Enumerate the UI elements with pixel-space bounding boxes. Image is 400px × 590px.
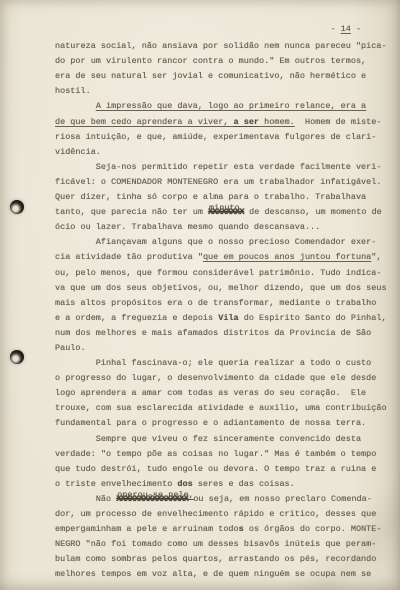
hole-punch <box>10 350 24 364</box>
text-segment: NEGRO "não foi tomado como um desses bis… <box>55 539 376 549</box>
text-line: Quer dizer, tinha só corpo e alma para o… <box>0 190 387 205</box>
text-segment: e a ordem, a freguezia e depois <box>55 313 218 323</box>
text-segment: os órgãos do corpo. MONTE- <box>244 524 382 534</box>
text-segment: dor, um processo de envelhecimento rápid… <box>55 509 376 519</box>
text-segment: ou, pelo menos, que formou considerável … <box>55 268 381 278</box>
text-line: fundamental para o progresso e o adianta… <box>0 416 387 431</box>
text-line: cia atividade tão produtiva "que em pouc… <box>0 250 387 265</box>
text-segment: Quer dizer, tinha só corpo e alma para o… <box>55 192 366 202</box>
text-segment: - <box>55 24 341 34</box>
text-segment: seres e das coisas. <box>193 479 295 489</box>
text-segment: Pinhal fascinava-o; ele queria realizar … <box>55 358 371 368</box>
text-segment: ", <box>371 252 381 262</box>
text-line: mais altos propósitos era o de transform… <box>0 296 387 311</box>
text-line: ficável: o COMENDADOR MONTENEGRO era um … <box>0 175 387 190</box>
text-line: Pinhal fascinava-o; ele queria realizar … <box>0 356 387 371</box>
text-line: logo aprendera a amar com todas as veras… <box>0 386 387 401</box>
text-segment: o triste envelhecimento <box>55 479 177 489</box>
text-segment: Não <box>55 494 116 504</box>
text-line: verdade: "o tempo põe as coisas no lugar… <box>0 447 387 462</box>
hole-punch <box>10 200 24 214</box>
text-line: A impressão que dava, logo ao primeiro r… <box>0 99 387 114</box>
text-segment: fundamental para o progresso e o adianta… <box>55 418 366 428</box>
correction-inserted-word: minuto <box>209 204 240 212</box>
text-line: Sempre que viveu o fez sinceramente conv… <box>0 432 387 447</box>
text-segment: Sempre que viveu o fez sinceramente conv… <box>55 434 361 444</box>
text-line: melhores tempos em voz alta, e de quem n… <box>0 567 387 582</box>
text-line: num dos melhores e mais afamados distrit… <box>0 326 387 341</box>
typed-correction: minutoXXXXXXXX <box>208 205 244 220</box>
text-line: tanto, que parecia não ter um minutoXXXX… <box>0 205 387 220</box>
text-line: o progresso do lugar, o desenvolvimento … <box>0 371 387 386</box>
page-number-line: - 14 - <box>0 22 387 37</box>
text-segment: do Espirito Santo do Pinhal, <box>239 313 387 323</box>
text-line: empergaminham a pele e arruinam todos os… <box>0 522 387 537</box>
text-segment: ficável: o COMENDADOR MONTENEGRO era um … <box>55 177 381 187</box>
text-line: do por um virulento rancor contra o mund… <box>0 54 387 69</box>
text-segment: natureza social, não ansiava por solidão… <box>55 41 387 51</box>
text-line: natureza social, não ansiava por solidão… <box>0 39 387 54</box>
text-segment: dos <box>177 479 192 489</box>
typed-correction: operou-se nele,XXXXXXXXXXXXXXXX <box>116 492 188 507</box>
text-line: que tudo destrói, tudo engole ou devora.… <box>0 462 387 477</box>
text-segment: o progresso do lugar, o desenvolvimento … <box>55 373 376 383</box>
text-line: trouxe, com sua esclarecida atividade e … <box>0 401 387 416</box>
text-segment: do por um virulento rancor contra o mund… <box>55 56 366 66</box>
text-segment: riosa intuição, e que, amiúde, experimen… <box>55 132 376 142</box>
text-segment: trouxe, com sua esclarecida atividade e … <box>55 403 387 413</box>
text-line: vidência. <box>0 145 387 160</box>
text-segment: va que um dos seus objetivos, ou, melhor… <box>55 283 387 293</box>
text-line: Não operou-se nele,XXXXXXXXXXXXXXXX ou s… <box>0 492 387 507</box>
text-segment: Homem de miste- <box>295 117 382 127</box>
text-line: ou, pelo menos, que formou considerável … <box>0 266 387 281</box>
text-line: bulam como sombras pelos quartos, arrast… <box>0 552 387 567</box>
text-segment: logo aprendera a amar com todas as veras… <box>55 388 366 398</box>
text-line: NEGRO "não foi tomado como um desses bis… <box>0 537 387 552</box>
text-segment: vidência. <box>55 147 101 157</box>
text-segment: a ser <box>234 117 260 127</box>
text-line: hostil. <box>0 84 387 99</box>
text-segment: Afiançavam alguns que o nosso precioso C… <box>55 237 376 247</box>
text-segment: homem. <box>259 117 295 127</box>
text-segment: - <box>351 24 361 34</box>
document-page: - 14 -natureza social, não ansiava por s… <box>0 0 387 582</box>
correction-inserted-word: operou-se nele, <box>117 491 194 499</box>
text-segment: Vila <box>218 313 238 323</box>
text-line: era de seu natural ser jovial e comunica… <box>0 69 387 84</box>
page-number: 14 <box>341 24 351 34</box>
text-segment: Paulo. <box>55 343 86 353</box>
text-segment: bulam como sombras pelos quartos, arrast… <box>55 554 376 564</box>
text-line: de que bem cedo aprendera a viver, a ser… <box>0 115 387 130</box>
text-segment: hostil. <box>55 86 91 96</box>
text-segment: empergaminham a pele e arruinam todo <box>55 524 239 534</box>
text-line: Afiançavam alguns que o nosso precioso C… <box>0 235 387 250</box>
text-segment <box>55 101 96 111</box>
text-line: va que um dos seus objetivos, ou, melhor… <box>0 281 387 296</box>
text-segment: ou seja, em nosso preclaro Comenda- <box>188 494 372 504</box>
text-segment: que tudo destrói, tudo engole ou devora.… <box>55 464 376 474</box>
text-line: Seja-nos permitido repetir esta verdade … <box>0 160 387 175</box>
text-segment: A impressão que dava, logo ao primeiro r… <box>96 101 366 111</box>
text-segment: melhores tempos em voz alta, e de quem n… <box>55 569 371 579</box>
text-segment: que em poucos anos juntou fortuna <box>203 252 371 262</box>
text-segment: mais altos propósitos era o de transform… <box>55 298 376 308</box>
text-segment: ócio ou lazer. Trabalhava mesmo quando d… <box>55 222 320 232</box>
text-segment: Seja-nos permitido repetir esta verdade … <box>55 162 381 172</box>
text-segment: num dos melhores e mais afamados distrit… <box>55 328 371 338</box>
text-line: Paulo. <box>0 341 387 356</box>
text-segment: cia atividade tão produtiva " <box>55 252 203 262</box>
text-segment: verdade: "o tempo põe as coisas no lugar… <box>55 449 376 459</box>
text-line: e a ordem, a freguezia e depois Vila do … <box>0 311 387 326</box>
text-line: dor, um processo de envelhecimento rápid… <box>0 507 387 522</box>
text-segment: era de seu natural ser jovial e comunica… <box>55 71 366 81</box>
text-segment: de que bem cedo aprendera a viver, <box>55 117 234 127</box>
text-line: ócio ou lazer. Trabalhava mesmo quando d… <box>0 220 387 235</box>
text-line: riosa intuição, e que, amiúde, experimen… <box>0 130 387 145</box>
text-segment: de descanso, um momento de <box>244 207 382 217</box>
text-segment: tanto, que parecia não ter um <box>55 207 208 217</box>
